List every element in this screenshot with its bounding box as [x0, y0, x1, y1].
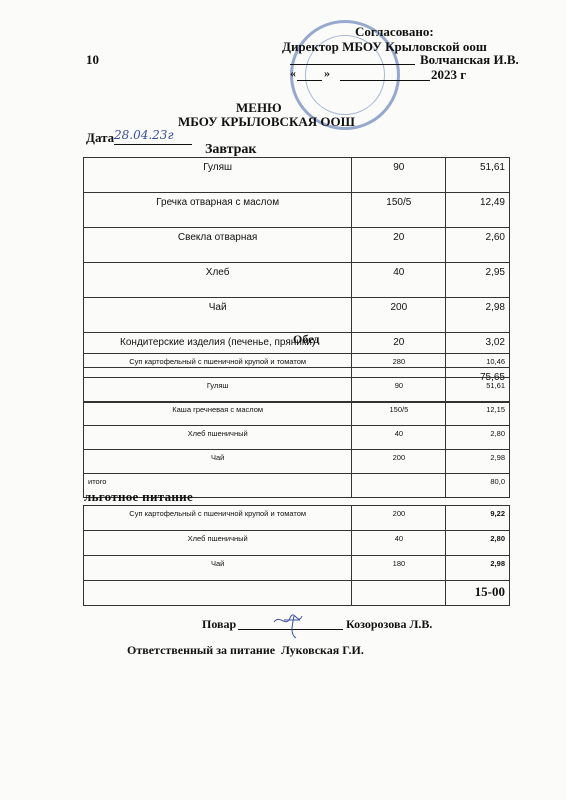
dish-price: 51,61: [446, 158, 510, 193]
date-line: [114, 144, 192, 145]
table-row: Хлеб пшеничный402,80: [84, 531, 510, 556]
date-label: Дата: [86, 130, 114, 146]
dish-weight: [352, 581, 446, 606]
dish-price: 2,98: [446, 556, 510, 581]
table-row: Гречка отварная с маслом150/512,49: [84, 193, 510, 228]
table-row: Гуляш9051,61: [84, 378, 510, 402]
dish-weight: 40: [352, 263, 446, 298]
benefit-title: льготное питание: [84, 489, 193, 505]
cook-name: Козорозова Л.В.: [346, 617, 432, 632]
dish-name: Чай: [84, 298, 352, 333]
dish-price: 2,98: [446, 450, 510, 474]
responsible-name: Луковская Г.И.: [281, 643, 364, 658]
dish-weight: 20: [352, 228, 446, 263]
director-name: Волчанская И.В.: [420, 52, 519, 68]
table-row: Чай1802,98: [84, 556, 510, 581]
dish-price: 12,15: [446, 402, 510, 426]
benefit-table: Суп картофельный с пшеничной крупой и то…: [83, 505, 510, 606]
lunch-title: Обед: [293, 332, 319, 347]
dish-weight: 90: [352, 158, 446, 193]
table-row: Суп картофельный с пшеничной крупой и то…: [84, 354, 510, 378]
date-quote-open: «: [290, 66, 296, 81]
dish-weight: 150/5: [352, 193, 446, 228]
table-row: Свекла отварная202,60: [84, 228, 510, 263]
dish-weight: 200: [352, 450, 446, 474]
dish-weight: 40: [352, 531, 446, 556]
dish-price: 2,60: [446, 228, 510, 263]
approval-year: 2023 г: [431, 67, 466, 83]
lunch-table: Суп картофельный с пшеничной крупой и то…: [83, 353, 510, 498]
dish-name: Гуляш: [84, 158, 352, 193]
responsible-label: Ответственный за питание: [127, 643, 275, 658]
day-line: [297, 80, 322, 81]
dish-price: 10,46: [446, 354, 510, 378]
table-row: Суп картофельный с пшеничной крупой и то…: [84, 506, 510, 531]
breakfast-title: Завтрак: [205, 142, 257, 158]
dish-name: Гуляш: [84, 378, 352, 402]
dish-weight: 280: [352, 354, 446, 378]
dish-price: 12,49: [446, 193, 510, 228]
date-value: 28.04.23г: [114, 128, 174, 142]
dish-name: Чай: [84, 450, 352, 474]
dish-price: 2,98: [446, 298, 510, 333]
dish-weight: 200: [352, 298, 446, 333]
dish-price: 2,80: [446, 426, 510, 450]
dish-name: Суп картофельный с пшеничной крупой и то…: [84, 354, 352, 378]
dish-price: 2,95: [446, 263, 510, 298]
dish-price: 9,22: [446, 506, 510, 531]
cook-signature: [272, 612, 312, 642]
dish-weight: 150/5: [352, 402, 446, 426]
dish-name: Хлеб: [84, 263, 352, 298]
dish-name: Свекла отварная: [84, 228, 352, 263]
dish-weight: 180: [352, 556, 446, 581]
table-row: Каша гречневая с маслом150/512,15: [84, 402, 510, 426]
page-number: 10: [86, 52, 99, 68]
table-row: Чай2002,98: [84, 298, 510, 333]
dish-price: 51,61: [446, 378, 510, 402]
table-row: Чай2002,98: [84, 450, 510, 474]
dish-weight: 40: [352, 426, 446, 450]
date-quote-close: »: [324, 66, 330, 81]
dish-name: Гречка отварная с маслом: [84, 193, 352, 228]
approved-label: Согласовано:: [355, 24, 434, 40]
director-signature-line: [290, 64, 415, 65]
dish-name: Чай: [84, 556, 352, 581]
dish-name: Суп картофельный с пшеничной крупой и то…: [84, 506, 352, 531]
table-row: Гуляш9051,61: [84, 158, 510, 193]
dish-name: Каша гречневая с маслом: [84, 402, 352, 426]
dish-weight: 90: [352, 378, 446, 402]
dish-weight: [352, 474, 446, 498]
dish-name: Хлеб пшеничный: [84, 426, 352, 450]
dish-name: [84, 581, 352, 606]
table-row: Хлеб пшеничный402,80: [84, 426, 510, 450]
table-row: Хлеб402,95: [84, 263, 510, 298]
dish-price: 80,0: [446, 474, 510, 498]
table-row: 15-00: [84, 581, 510, 606]
dish-name: Хлеб пшеничный: [84, 531, 352, 556]
school-name: МБОУ КРЫЛОВСКАЯ ООШ: [178, 114, 355, 130]
month-line: [340, 80, 430, 81]
dish-weight: 200: [352, 506, 446, 531]
cook-label: Повар: [202, 617, 236, 632]
dish-price: 2,80: [446, 531, 510, 556]
dish-price: 15-00: [446, 581, 510, 606]
